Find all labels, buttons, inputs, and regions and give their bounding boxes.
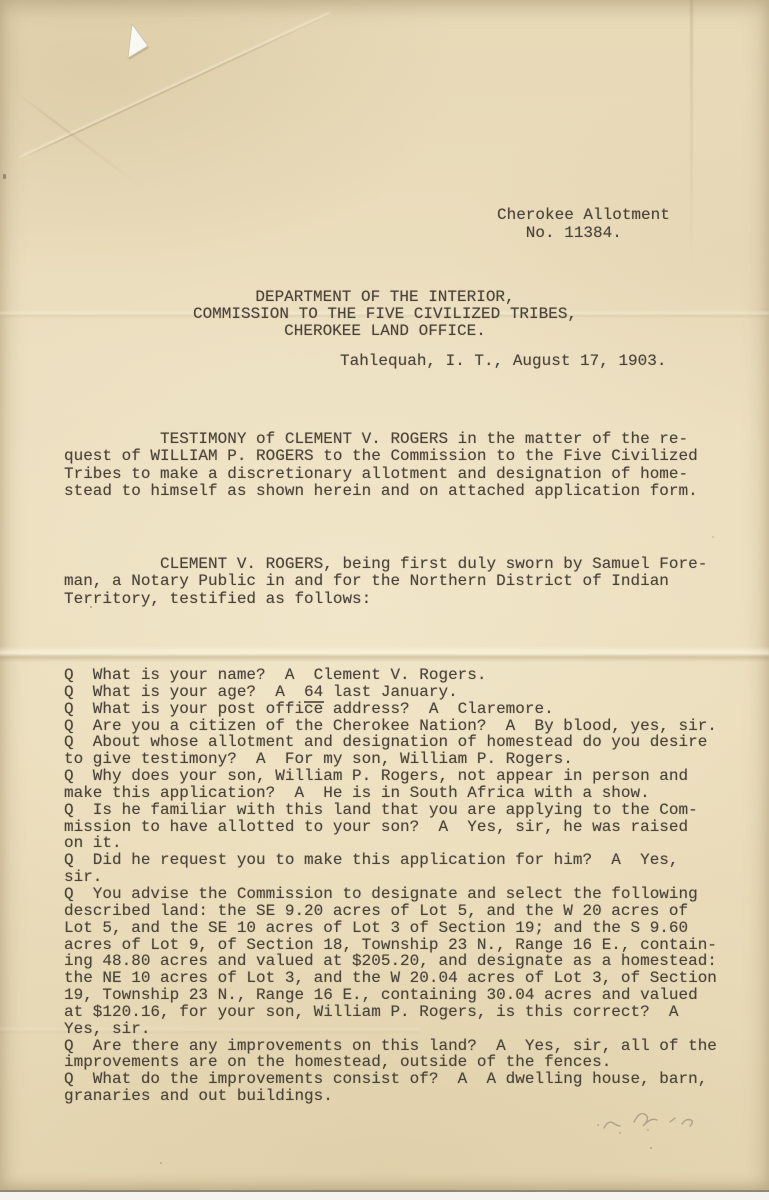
- age-underline-mark: [304, 701, 324, 703]
- question-answer-block: Q What is your name? A Clement V. Rogers…: [64, 667, 717, 1105]
- scanned-document-page: { "page": { "paper_color": "#e9dcbc", "i…: [0, 0, 769, 1200]
- paper-tear-icon: [116, 16, 158, 68]
- dateline: Tahlequah, I. T., August 17, 1903.: [340, 352, 666, 370]
- paper-speck: [447, 1008, 449, 1010]
- paper-speck: [650, 1147, 652, 1149]
- fold-crease-horizontal: [0, 646, 769, 662]
- pencil-scribble: [590, 1100, 740, 1145]
- agency-header-block: DEPARTMENT OF THE INTERIOR, COMMISSION T…: [130, 289, 640, 341]
- testimony-intro-paragraph: TESTIMONY of CLEMENT V. ROGERS in the ma…: [64, 431, 698, 500]
- diagonal-crease: [13, 90, 142, 188]
- allotment-number-block: Cherokee Allotment No. 11384.: [497, 206, 670, 242]
- fold-crease-vertical: [690, 0, 693, 265]
- diagonal-crease: [20, 14, 331, 160]
- paper-speck: [90, 606, 92, 608]
- sworn-statement-paragraph: CLEMENT V. ROGERS, being first duly swor…: [64, 556, 707, 608]
- document-paper: Cherokee Allotment No. 11384. DEPARTMENT…: [0, 0, 769, 1192]
- paper-speck: [3, 174, 6, 179]
- paper-speck: [160, 1162, 162, 1164]
- paper-speck: [712, 536, 714, 538]
